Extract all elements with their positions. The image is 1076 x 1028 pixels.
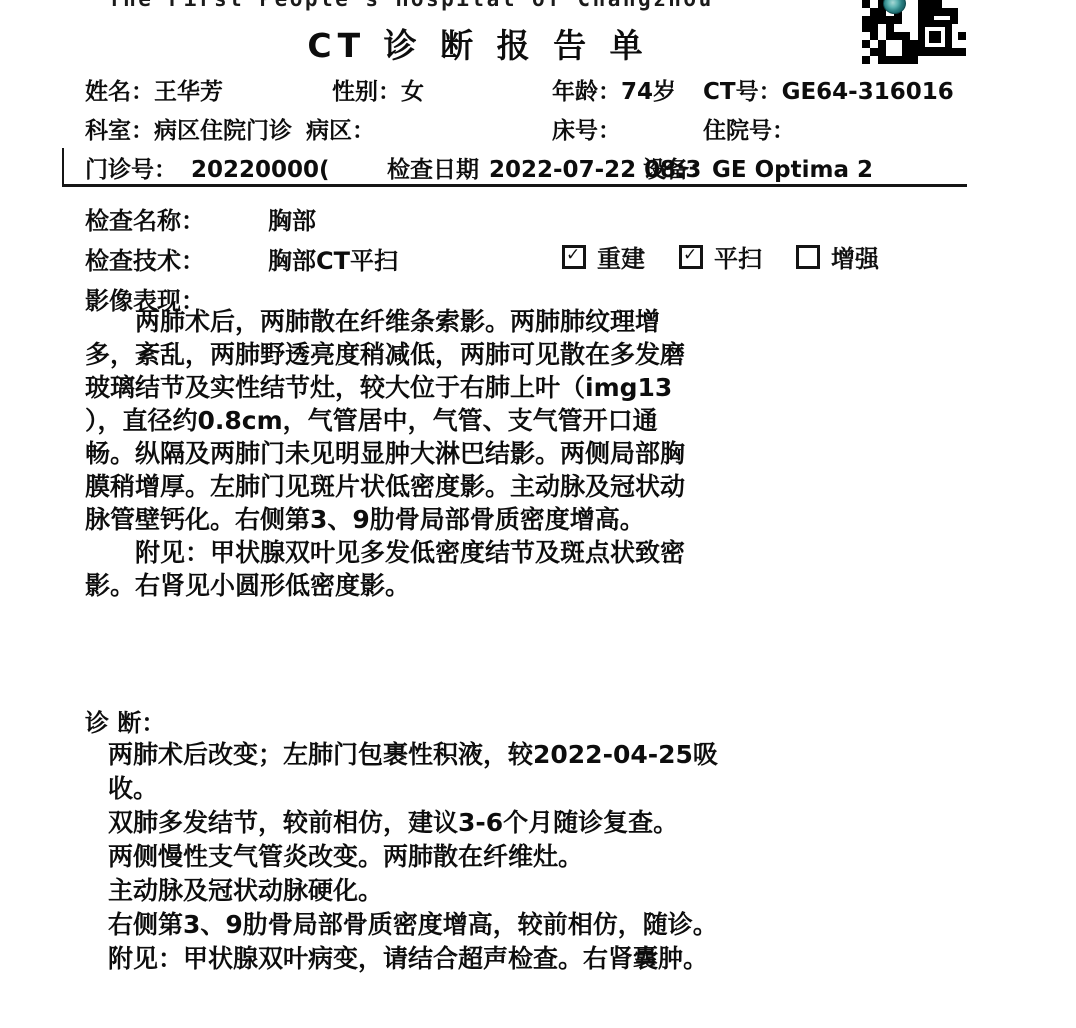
findings-text: 两肺术后，两肺散在纤维条索影。两肺肺纹理增 多，紊乱，两肺野透亮度稍减低，两肺可…	[85, 305, 685, 602]
findings-line: 多，紊乱，两肺野透亮度稍减低，两肺可见散在多发磨	[85, 338, 685, 371]
field-sex: 性别：女	[332, 73, 424, 106]
patient-name-label: 姓名：	[85, 79, 154, 105]
age-value: 74岁	[621, 79, 676, 105]
exam-date-label: 检查日期	[387, 157, 479, 183]
bed-number-label: 床号：	[552, 118, 621, 144]
findings-line: 附见：甲状腺双叶见多发低密度结节及斑点状致密	[85, 536, 685, 569]
diagnosis-line: 两侧慢性支气管炎改变。两肺散在纤维灶。	[108, 840, 718, 874]
field-age: 年龄：74岁	[552, 73, 676, 106]
rebuild-checkbox[interactable]	[562, 245, 586, 269]
field-patient-name: 姓名：王华芳	[85, 73, 223, 106]
field-outpatient-number: 门诊号：20220000(	[85, 151, 330, 184]
header-divider-line	[62, 184, 967, 187]
ct-number-value: GE64-316016	[782, 79, 954, 105]
rebuild-checkbox-label: 重建	[597, 239, 645, 274]
department-label: 科室：	[85, 118, 154, 144]
ct-report-page: The First People's Hospital of Changzhou…	[0, 0, 1076, 1028]
plain-scan-checkbox-label: 平扫	[714, 239, 762, 274]
findings-line: 两肺术后，两肺散在纤维条索影。两肺肺纹理增	[85, 305, 685, 338]
findings-line: 影。右肾见小圆形低密度影。	[85, 569, 685, 602]
diagnosis-section-label: 诊 断：	[85, 703, 165, 738]
sex-value: 女	[401, 79, 424, 105]
age-label: 年龄：	[552, 79, 621, 105]
left-border-line	[62, 148, 64, 186]
enhanced-checkbox-label: 增强	[831, 239, 879, 274]
enhanced-checkbox[interactable]	[796, 245, 820, 269]
device-value: GE Optima 2	[712, 157, 873, 183]
field-ct-number: CT号：GE64-316016	[703, 73, 954, 106]
diagnosis-line: 右侧第3、9肋骨局部骨质密度增高，较前相仿，随诊。	[108, 908, 718, 942]
ct-number-label: CT号：	[703, 79, 782, 105]
checkbox-item-rebuild: 重建	[562, 239, 645, 274]
diagnosis-line: 两肺术后改变；左肺门包裹性积液，较2022-04-25吸	[108, 738, 718, 772]
diagnosis-text: 两肺术后改变；左肺门包裹性积液，较2022-04-25吸 收。 双肺多发结节，较…	[108, 738, 718, 976]
scan-mode-checkbox-group: 重建 平扫 增强	[562, 239, 879, 274]
findings-line: 膜稍增厚。左肺门见斑片状低密度影。主动脉及冠状动	[85, 470, 685, 503]
field-admission-number: 住院号：	[703, 112, 795, 145]
exam-tech-value: 胸部CT平扫	[268, 241, 398, 276]
exam-name-label: 检查名称：	[85, 201, 205, 236]
exam-tech-label: 检查技术：	[85, 241, 205, 276]
page-title: CT 诊 断 报 告 单	[0, 20, 956, 67]
outpatient-number-value: 20220000(	[191, 157, 330, 183]
field-department: 科室：病区住院门诊 病区：	[85, 112, 375, 145]
plain-scan-checkbox[interactable]	[679, 245, 703, 269]
patient-name-value: 王华芳	[154, 79, 223, 105]
device-label: 设备：	[643, 157, 712, 183]
diagnosis-line: 主动脉及冠状动脉硬化。	[108, 874, 718, 908]
exam-name-value: 胸部	[268, 201, 316, 236]
field-bed-number: 床号：	[552, 112, 621, 145]
diagnosis-line: 收。	[108, 772, 718, 806]
diagnosis-line: 双肺多发结节，较前相仿，建议3-6个月随诊复查。	[108, 806, 718, 840]
checkbox-item-enhanced: 增强	[796, 239, 879, 274]
findings-line: ），直径约0.8cm，气管居中，气管、支气管开口通	[85, 404, 685, 437]
department-value: 病区住院门诊	[154, 118, 292, 144]
admission-number-label: 住院号：	[703, 118, 795, 144]
findings-line: 脉管壁钙化。右侧第3、9肋骨局部骨质密度增高。	[85, 503, 685, 536]
findings-line: 畅。纵隔及两肺门未见明显肿大淋巴结影。两侧局部胸	[85, 437, 685, 470]
diagnosis-line: 附见：甲状腺双叶病变，请结合超声检查。右肾囊肿。	[108, 942, 718, 976]
sex-label: 性别：	[332, 79, 401, 105]
ward-label: 病区：	[306, 118, 375, 144]
outpatient-number-label: 门诊号：	[85, 157, 177, 183]
hospital-name-english: The First People's Hospital of Changzhou	[108, 0, 714, 11]
checkbox-item-plain-scan: 平扫	[679, 239, 762, 274]
findings-line: 玻璃结节及实性结节灶，较大位于右肺上叶（img13	[85, 371, 685, 404]
field-device: 设备：GE Optima 2	[643, 151, 873, 184]
